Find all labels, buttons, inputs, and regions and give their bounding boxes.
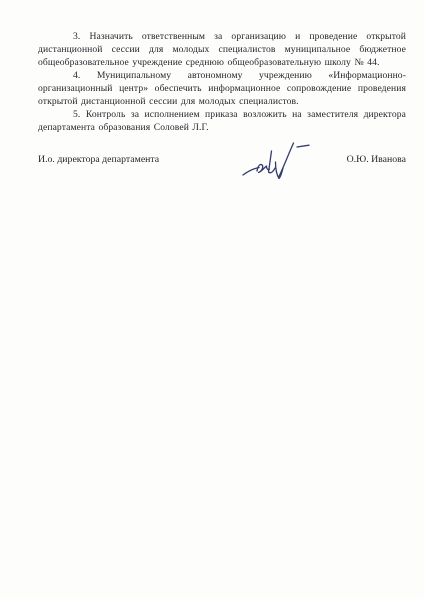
document-body: 3. Назначить ответственным за организаци…: [38, 30, 406, 166]
order-paragraph-5: 5. Контроль за исполнением приказа возло…: [38, 108, 406, 134]
signature-block: И.о. директора департамента О.Ю. Иванова: [38, 153, 406, 166]
order-paragraph-3: 3. Назначить ответственным за организаци…: [38, 30, 406, 69]
order-paragraph-4: 4. Муниципальному автономному учреждению…: [38, 69, 406, 108]
signer-name: О.Ю. Иванова: [347, 153, 406, 166]
signer-position-title: И.о. директора департамента: [38, 153, 159, 166]
document-page: 3. Назначить ответственным за организаци…: [0, 0, 424, 599]
